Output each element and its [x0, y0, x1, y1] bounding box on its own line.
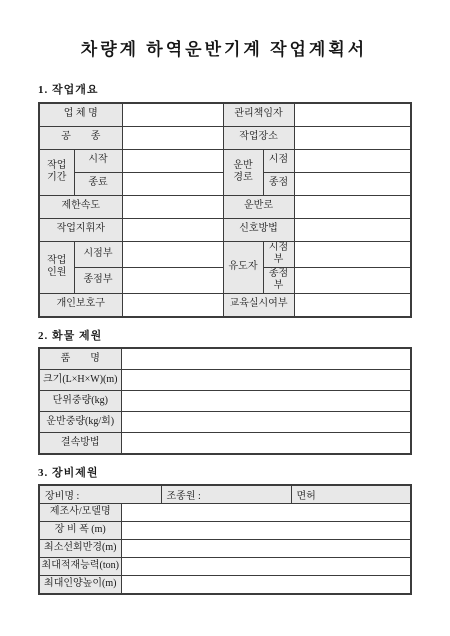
value-route-end — [294, 172, 411, 195]
label-cargo-size: 크기(L×H×W)(m) — [39, 369, 121, 390]
label-work-place: 작업장소 — [223, 126, 294, 149]
table-row: 제한속도 운반로 — [39, 195, 411, 218]
value-unit-weight — [121, 390, 411, 411]
value-guide-end — [294, 267, 411, 293]
value-item-name — [121, 348, 411, 370]
table-row: 업 체 명 관리책임자 — [39, 103, 411, 127]
value-haul-road — [294, 195, 411, 218]
value-manager — [294, 103, 411, 127]
value-ppe — [122, 293, 223, 317]
section-1-heading: 1. 작업개요 — [38, 84, 410, 97]
table-row: 작업 인원 시점부 유도자 시점부 — [39, 241, 411, 267]
label-carry-weight: 운반중량(kg/회) — [39, 411, 121, 432]
label-guide-end: 종점부 — [263, 267, 294, 293]
label-work-period-group: 작업 기간 — [39, 149, 74, 195]
value-crew-end — [122, 267, 223, 293]
value-guide-start — [294, 241, 411, 267]
label-min-turn-radius: 최소선회반경(m) — [39, 539, 121, 557]
value-work-place — [294, 126, 411, 149]
value-equipment-width — [121, 521, 411, 539]
label-company: 업 체 명 — [39, 103, 122, 127]
table-row: 제조사/모델명 — [39, 503, 411, 521]
table-row: 장 비 폭 (m) — [39, 521, 411, 539]
value-max-load-capacity — [121, 557, 411, 575]
table-row: 작업지휘자 신호방법 — [39, 218, 411, 241]
value-training-status — [294, 293, 411, 317]
document-page: 차량계 하역운반기계 작업계획서 1. 작업개요 업 체 명 관리책임자 공 종… — [0, 0, 450, 636]
label-work-director: 작업지휘자 — [39, 218, 122, 241]
label-binding-method: 결속방법 — [39, 432, 121, 454]
label-speed-limit: 제한속도 — [39, 195, 122, 218]
label-route-end: 종점 — [263, 172, 294, 195]
label-training-status: 교육실시여부 — [223, 293, 294, 317]
value-maker-model — [121, 503, 411, 521]
value-cargo-size — [121, 369, 411, 390]
value-company — [122, 103, 223, 127]
table-row: 품 명 — [39, 348, 411, 370]
section-3-heading: 3. 장비제원 — [38, 467, 410, 480]
table-row: 단위중량(kg) — [39, 390, 411, 411]
value-work-director — [122, 218, 223, 241]
label-period-end: 종료 — [74, 172, 122, 195]
label-unit-weight: 단위중량(kg) — [39, 390, 121, 411]
label-max-load-capacity: 최대적재능력(ton) — [39, 557, 121, 575]
table-row: 최대적재능력(ton) — [39, 557, 411, 575]
label-operator: 조종원 : — [161, 485, 291, 504]
label-license: 면허 — [291, 485, 411, 504]
table-row: 운반중량(kg/회) — [39, 411, 411, 432]
value-signal-method — [294, 218, 411, 241]
label-item-name: 품 명 — [39, 348, 121, 370]
label-haul-route-group: 운반 경로 — [223, 149, 263, 195]
label-crew-group: 작업 인원 — [39, 241, 74, 293]
table-row: 개인보호구 교육실시여부 — [39, 293, 411, 317]
label-period-start: 시작 — [74, 149, 122, 172]
table-row: 최대인양높이(m) — [39, 575, 411, 594]
table-cargo-specs: 품 명 크기(L×H×W)(m) 단위중량(kg) 운반중량(kg/회) 결속방… — [38, 347, 412, 455]
value-speed-limit — [122, 195, 223, 218]
table-row: 최소선회반경(m) — [39, 539, 411, 557]
label-max-lift-height: 최대인양높이(m) — [39, 575, 121, 594]
label-manager: 관리책임자 — [223, 103, 294, 127]
label-maker-model: 제조사/모델명 — [39, 503, 121, 521]
table-row: 결속방법 — [39, 432, 411, 454]
label-haul-road: 운반로 — [223, 195, 294, 218]
label-equipment-name: 장비명 : — [39, 485, 161, 504]
table-row: 장비명 : 조종원 : 면허 — [39, 485, 411, 504]
table-row: 작업 기간 시작 운반 경로 시점 — [39, 149, 411, 172]
value-max-lift-height — [121, 575, 411, 594]
table-row: 공 종 작업장소 — [39, 126, 411, 149]
value-carry-weight — [121, 411, 411, 432]
value-route-start — [294, 149, 411, 172]
table-row: 크기(L×H×W)(m) — [39, 369, 411, 390]
label-crew-start: 시점부 — [74, 241, 122, 267]
section-2-heading: 2. 화물 제원 — [38, 330, 410, 343]
label-crew-end: 종점부 — [74, 267, 122, 293]
label-route-start: 시점 — [263, 149, 294, 172]
value-period-end — [122, 172, 223, 195]
label-equipment-width: 장 비 폭 (m) — [39, 521, 121, 539]
value-work-type — [122, 126, 223, 149]
label-work-type: 공 종 — [39, 126, 122, 149]
table-work-overview: 업 체 명 관리책임자 공 종 작업장소 작업 기간 시작 운반 경로 시점 종… — [38, 102, 412, 318]
table-equipment-specs: 장비명 : 조종원 : 면허 제조사/모델명 장 비 폭 (m) 최소선회반경(… — [38, 484, 412, 595]
value-crew-start — [122, 241, 223, 267]
value-min-turn-radius — [121, 539, 411, 557]
label-guide-start: 시점부 — [263, 241, 294, 267]
page-title: 차량계 하역운반기계 작업계획서 — [38, 40, 410, 60]
label-guide-group: 유도자 — [223, 241, 263, 293]
value-binding-method — [121, 432, 411, 454]
label-signal-method: 신호방법 — [223, 218, 294, 241]
value-period-start — [122, 149, 223, 172]
label-ppe: 개인보호구 — [39, 293, 122, 317]
